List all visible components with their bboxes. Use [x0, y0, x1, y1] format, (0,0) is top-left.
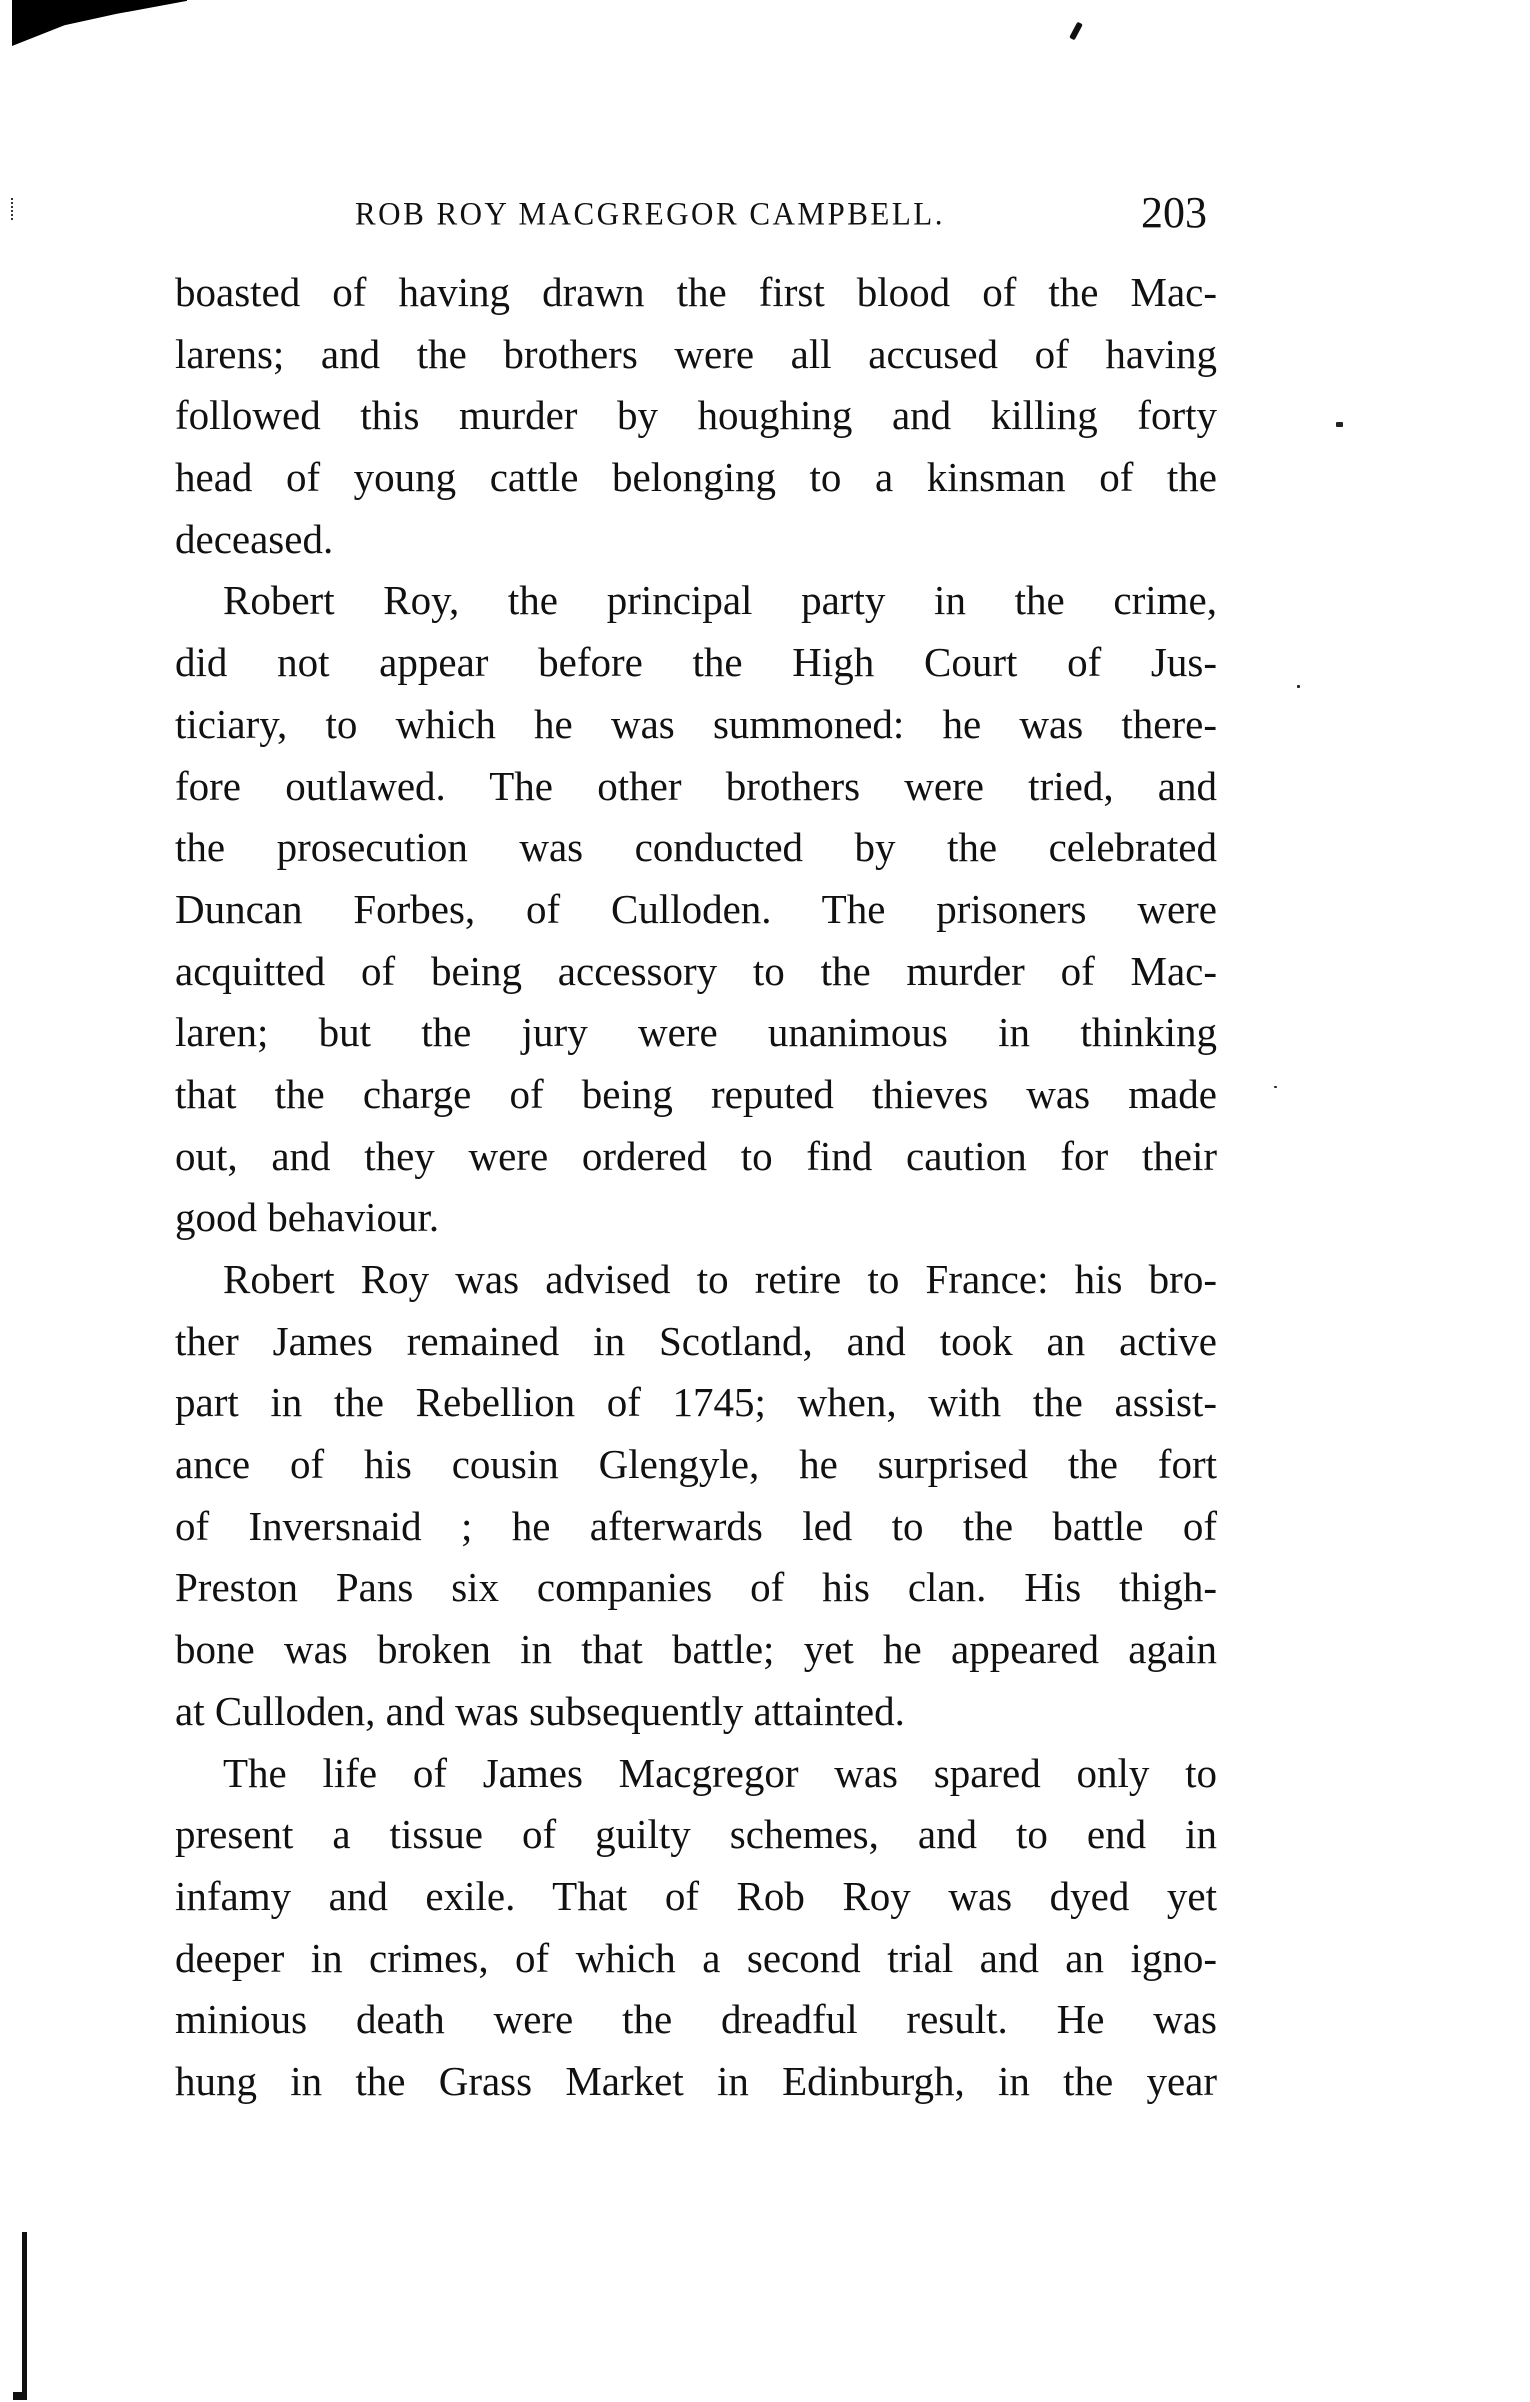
body-text: boasted of having drawn the first blood … — [175, 262, 1217, 2113]
page-number: 203 — [1141, 187, 1207, 238]
text-line: acquitted of being accessory to the murd… — [175, 941, 1217, 1003]
scan-speck — [1274, 1086, 1277, 1088]
text-line: Preston Pans six companies of his clan. … — [175, 1557, 1217, 1619]
text-line: out, and they were ordered to find cauti… — [175, 1126, 1217, 1188]
paragraph-2: Robert Roy, the principal party in the c… — [175, 570, 1217, 1249]
paragraph-3: Robert Roy was advised to retire to Fran… — [175, 1249, 1217, 1743]
text-line: at Culloden, and was subsequently attain… — [175, 1681, 1217, 1743]
text-line: larens; and the brothers were all accuse… — [175, 324, 1217, 386]
text-line: deeper in crimes, of which a second tria… — [175, 1928, 1217, 1990]
text-line: The life of James Macgregor was spared o… — [175, 1743, 1217, 1805]
scan-speck — [1336, 422, 1343, 427]
text-line: Duncan Forbes, of Culloden. The prisoner… — [175, 879, 1217, 941]
text-line: ticiary, to which he was summoned: he wa… — [175, 694, 1217, 756]
text-line: fore outlawed. The other brothers were t… — [175, 756, 1217, 818]
running-head-title: ROB ROY MACGREGOR CAMPBELL. — [355, 195, 945, 233]
paragraph-4: The life of James Macgregor was spared o… — [175, 1743, 1217, 2113]
text-line: present a tissue of guilty schemes, and … — [175, 1804, 1217, 1866]
text-line: boasted of having drawn the first blood … — [175, 262, 1217, 324]
text-line: did not appear before the High Court of … — [175, 632, 1217, 694]
text-line: deceased. — [175, 509, 1217, 571]
text-line: ance of his cousin Glengyle, he surprise… — [175, 1434, 1217, 1496]
scan-speck — [1297, 685, 1300, 688]
book-page: ROB ROY MACGREGOR CAMPBELL. 203 boasted … — [0, 0, 1530, 2402]
text-line: ther James remained in Scotland, and too… — [175, 1311, 1217, 1373]
scan-artifact-dots — [11, 198, 15, 220]
text-line: the prosecution was conducted by the cel… — [175, 817, 1217, 879]
text-line: hung in the Grass Market in Edinburgh, i… — [175, 2051, 1217, 2113]
text-line: laren; but the jury were unanimous in th… — [175, 1002, 1217, 1064]
text-line: followed this murder by houghing and kil… — [175, 385, 1217, 447]
text-line: good behaviour. — [175, 1187, 1217, 1249]
text-line: bone was broken in that battle; yet he a… — [175, 1619, 1217, 1681]
scan-edge-bar-foot — [13, 2392, 27, 2400]
scan-edge-shadow — [12, 0, 187, 46]
scan-artifact-mark — [1069, 22, 1083, 41]
text-line: Robert Roy, the principal party in the c… — [175, 570, 1217, 632]
text-line: head of young cattle belonging to a kins… — [175, 447, 1217, 509]
text-line: infamy and exile. That of Rob Roy was dy… — [175, 1866, 1217, 1928]
text-line: of Inversnaid ; he afterwards led to the… — [175, 1496, 1217, 1558]
text-line: Robert Roy was advised to retire to Fran… — [175, 1249, 1217, 1311]
text-line: minious death were the dreadful result. … — [175, 1989, 1217, 2051]
scan-edge-bar — [22, 2232, 27, 2400]
text-line: that the charge of being reputed thieves… — [175, 1064, 1217, 1126]
text-line: part in the Rebellion of 1745; when, wit… — [175, 1372, 1217, 1434]
paragraph-1: boasted of having drawn the first blood … — [175, 262, 1217, 570]
